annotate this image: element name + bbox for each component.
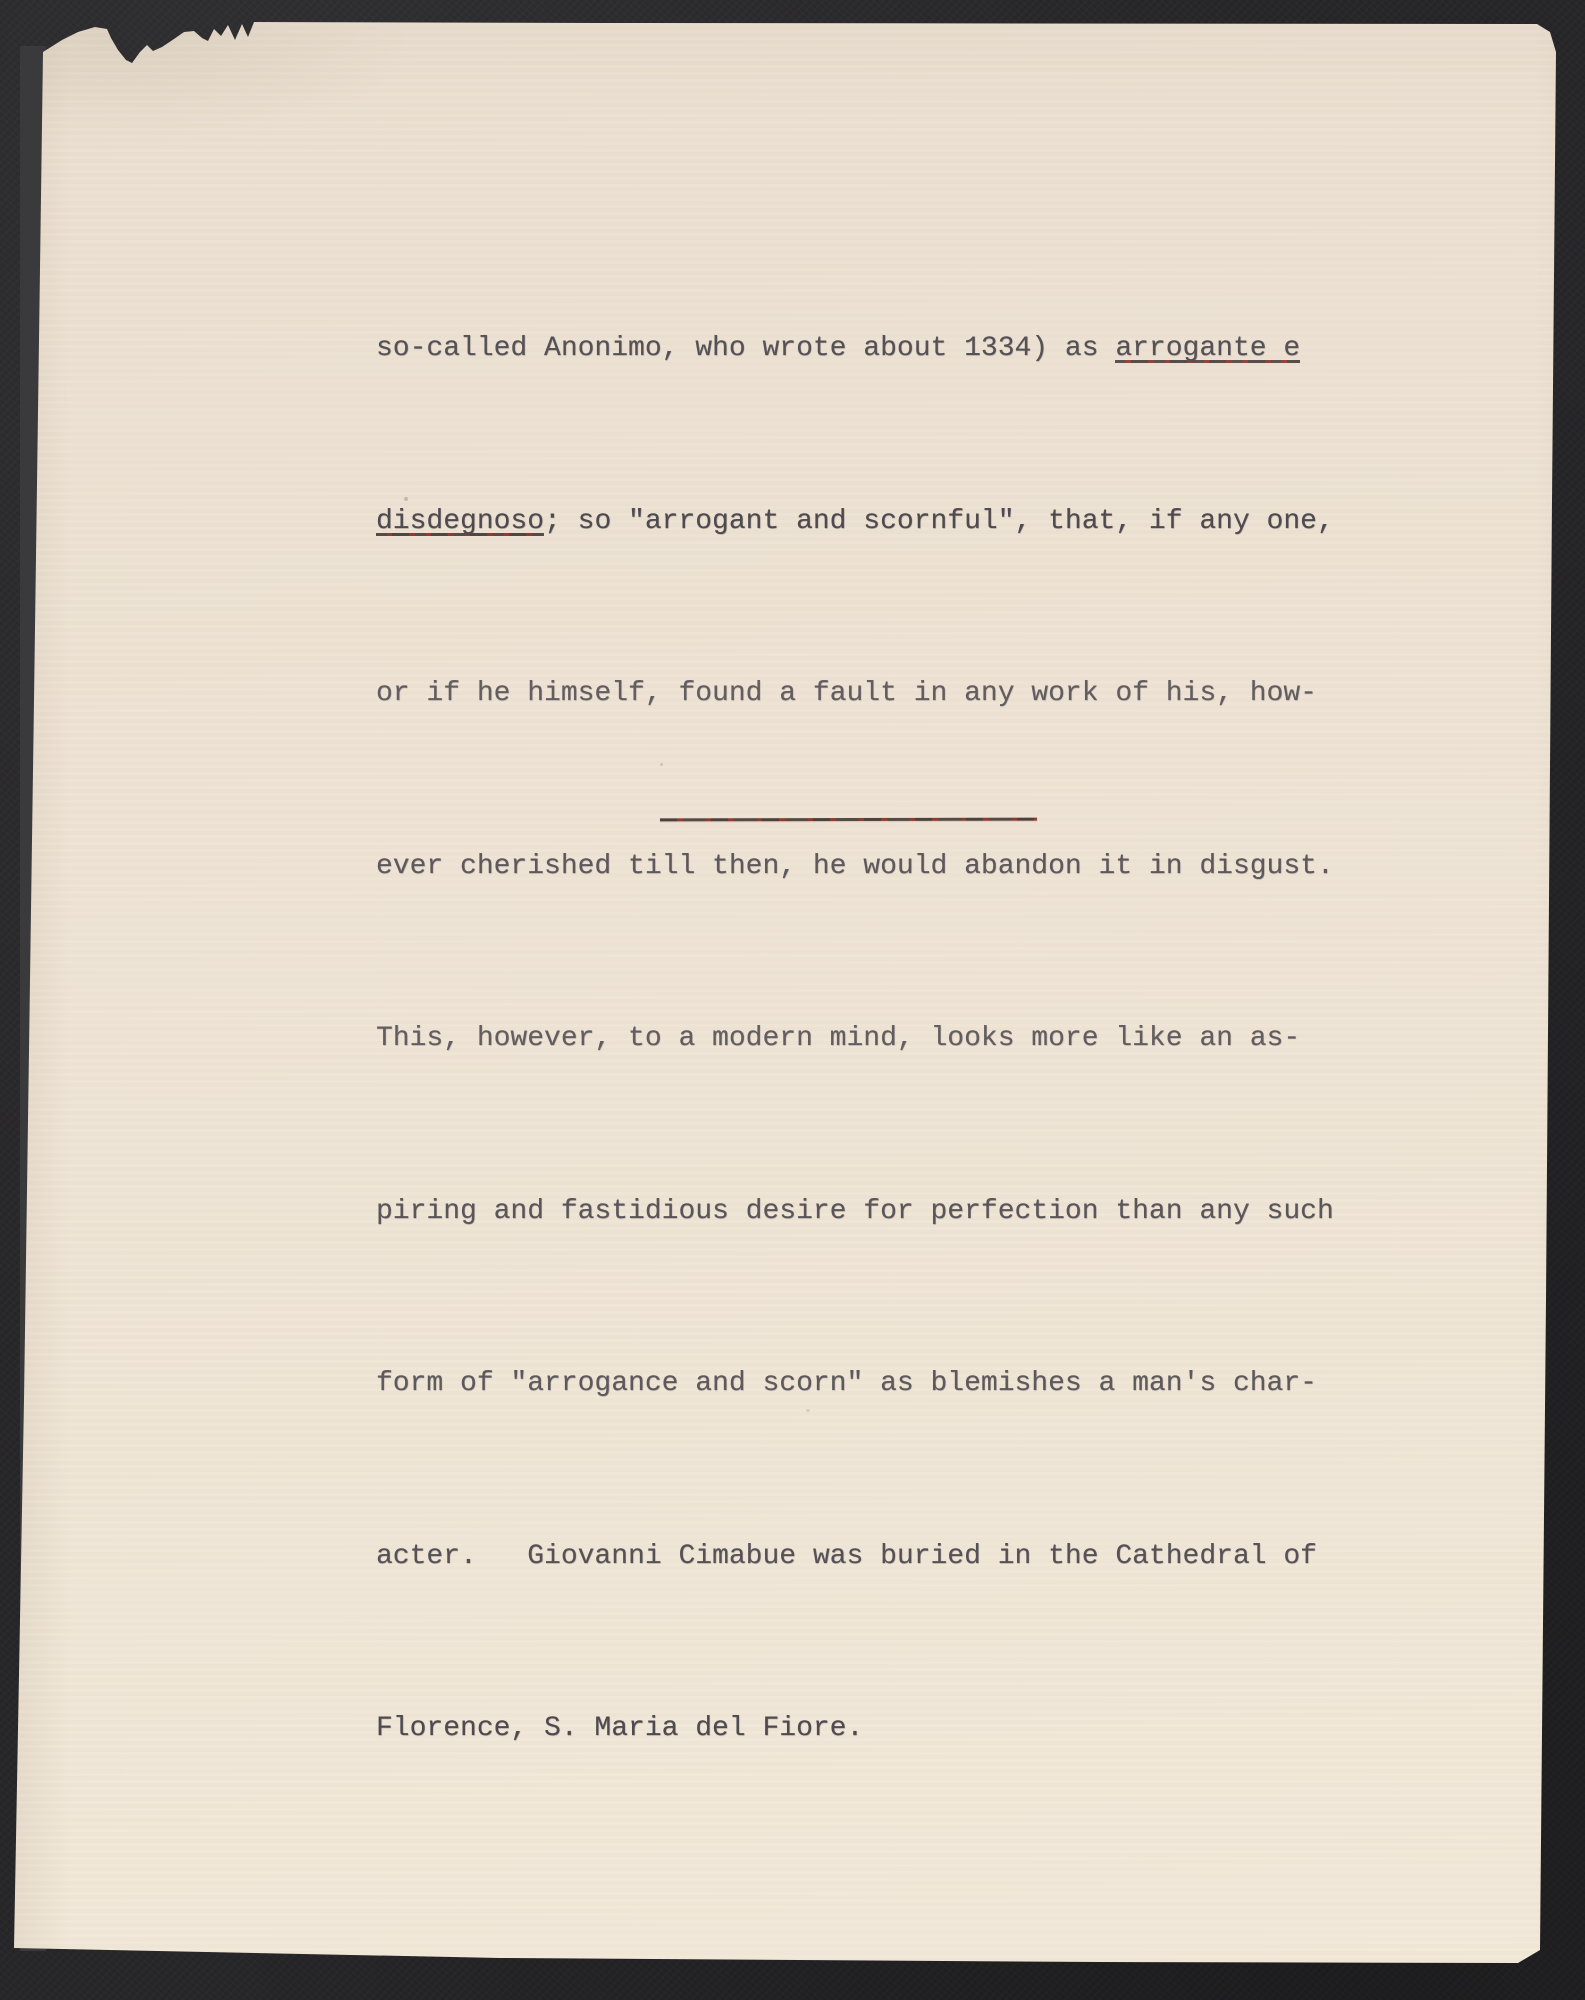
typed-line-6: piring and fastidious desire for perfect… [376,1183,1334,1241]
typed-line-1: so-called Anonimo, who wrote about 1334)… [376,320,1334,378]
paper-sheet: so-called Anonimo, who wrote about 1334)… [0,0,1585,2000]
typed-line-2-text: ; so "arrogant and scornful", that, if a… [544,506,1334,537]
typed-line-3: or if he himself, found a fault in any w… [376,665,1334,723]
underlined-phrase-disdegnoso: disdegnoso [376,506,544,537]
typed-line-9: Florence, S. Maria del Fiore. [376,1700,1334,1758]
typed-line-5: This, however, to a modern mind, looks m… [376,1010,1334,1068]
typed-line-7: form of "arrogance and scorn" as blemish… [376,1355,1334,1413]
underlined-phrase-arrogante-e: arrogante e [1115,333,1300,364]
paper-speck [660,763,663,766]
paper-speck [806,1409,810,1412]
scanned-page: so-called Anonimo, who wrote about 1334)… [0,0,1585,2000]
typed-line-1-text: so-called Anonimo, who wrote about 1334)… [376,333,1115,364]
paper-speck [404,497,408,501]
typed-line-8: acter. Giovanni Cimabue was buried in th… [376,1528,1334,1586]
typed-text-block: so-called Anonimo, who wrote about 1334)… [376,205,1334,1873]
typed-line-4: ever cherished till then, he would aband… [376,838,1334,896]
typed-line-2: disdegnoso; so "arrogant and scornful", … [376,493,1334,551]
